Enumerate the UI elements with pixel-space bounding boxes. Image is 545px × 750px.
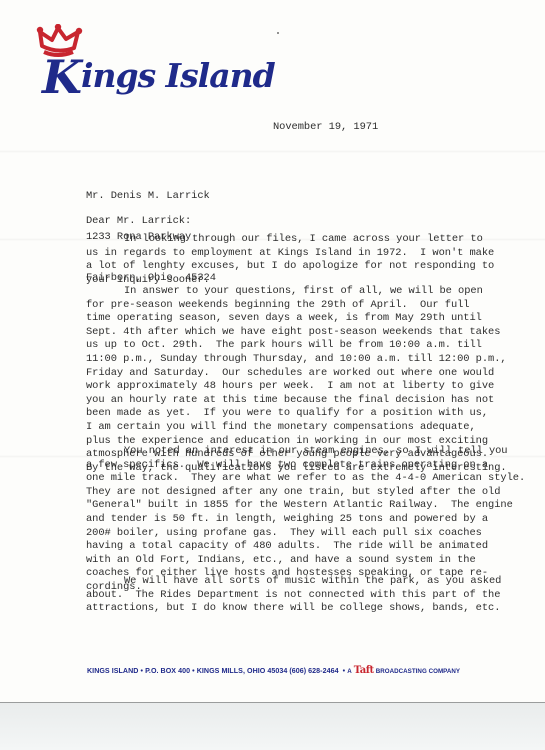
- paragraph-line: you an hourly rate at this time because …: [86, 394, 507, 408]
- paragraph-line: Friday and Saturday. Our schedules are w…: [86, 367, 507, 381]
- paragraph-line: 11:00 p.m., Sunday through Thursday, and…: [86, 353, 507, 367]
- footer-parent-company: BROADCASTING COMPANY: [376, 668, 460, 675]
- recipient-name: Mr. Denis M. Larrick: [86, 190, 216, 204]
- paragraph-line: a few specifics. We will have two comple…: [86, 459, 525, 473]
- paper-speck: [277, 32, 279, 34]
- paragraph-line: a lot of lenghty excuses, but I do apolo…: [86, 260, 494, 274]
- paragraph-line: us up to Oct. 29th. The park hours will …: [86, 339, 507, 353]
- footer-po-box: P.O. BOX 400: [145, 667, 190, 675]
- paragraph-line: been made as yet. If you were to qualify…: [86, 407, 507, 421]
- paragraph-line: having a total capacity of 480 adults. T…: [86, 540, 525, 554]
- paragraph-line: "General" built in 1855 for the Western …: [86, 499, 525, 513]
- paragraph-line: I am certain you will find the monetary …: [86, 421, 507, 435]
- paragraph-line: for pre-season weekends beginning the 29…: [86, 299, 507, 313]
- paragraph: We will have all sorts of music within t…: [86, 575, 501, 616]
- footer-address: KINGS MILLS, OHIO 45034 (606) 628-2464: [197, 667, 339, 675]
- paragraph-line: You noted an interest in our steam engin…: [86, 445, 525, 459]
- paragraph-line: Sept. 4th after which we have eight post…: [86, 326, 507, 340]
- letter-date: November 19, 1971: [273, 121, 378, 135]
- paragraph-line: time operating season, seven days a week…: [86, 312, 507, 326]
- paragraph-line: In answer to your questions, first of al…: [86, 285, 507, 299]
- footer-company: KINGS ISLAND: [87, 667, 138, 675]
- footer-separator: •: [192, 667, 195, 675]
- paragraph-line: 200# boiler, using profane gas. They wil…: [86, 527, 525, 541]
- footer-separator: •: [343, 667, 346, 675]
- letterhead-footer: KINGS ISLAND • P.O. BOX 400 • KINGS MILL…: [87, 665, 460, 676]
- paragraph: You noted an interest in our steam engin…: [86, 445, 525, 595]
- paragraph-line: and tender is 50 ft. in length, weighing…: [86, 513, 525, 527]
- paragraph-line: attractions, but I do know there will be…: [86, 602, 501, 616]
- paragraph-line: one mile track. They are what we refer t…: [86, 472, 525, 486]
- letter-page: Kings Island November 19, 1971 Mr. Denis…: [0, 0, 545, 703]
- paragraph-line: work approximately 48 hours per week. I …: [86, 380, 507, 394]
- paragraph-line: about. The Rides Department is not conne…: [86, 589, 501, 603]
- paragraph-line: us in regards to employment at Kings Isl…: [86, 247, 494, 261]
- paragraph: In looking through our files, I came acr…: [86, 233, 494, 287]
- paragraph-line: We will have all sorts of music within t…: [86, 575, 501, 589]
- logo-wordmark: Kings Island: [42, 44, 275, 98]
- taft-logo: Taft: [354, 665, 374, 676]
- paragraph-line: In looking through our files, I came acr…: [86, 233, 494, 247]
- salutation: Dear Mr. Larrick:: [86, 215, 191, 229]
- footer-separator: •: [140, 667, 143, 675]
- kings-island-logo: Kings Island: [34, 22, 264, 104]
- footer-a: A: [347, 668, 352, 675]
- paragraph-line: with an Old Fort, Indians, etc., and hav…: [86, 554, 525, 568]
- paper-crease: [0, 150, 545, 153]
- scan-background: [0, 703, 545, 750]
- paragraph-line: They are not designed after any one trai…: [86, 486, 525, 500]
